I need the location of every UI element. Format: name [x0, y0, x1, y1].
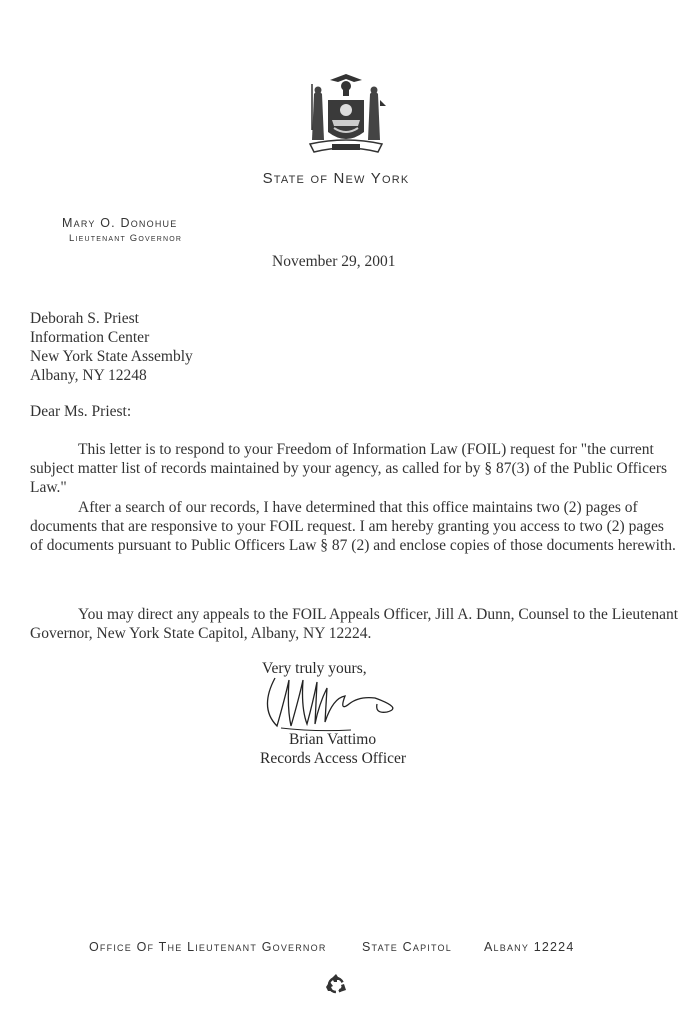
paragraph-foil-request: This letter is to respond to your Freedo… [30, 440, 680, 497]
official-title: Lieutenant Governor [69, 233, 182, 244]
recipient-city: Albany, NY 12248 [30, 366, 193, 385]
letter-date: November 29, 2001 [272, 252, 396, 271]
paragraph-text: You may direct any appeals to the FOIL A… [30, 605, 680, 643]
paragraph-documents: After a search of our records, I have de… [30, 498, 680, 555]
official-name: Mary O. Donohue [62, 216, 177, 230]
recycle-icon [324, 972, 348, 996]
footer-city: Albany 12224 [484, 940, 574, 954]
recipient-name: Deborah S. Priest [30, 309, 193, 328]
recipient-address: Deborah S. Priest Information Center New… [30, 309, 193, 385]
footer-building: State Capitol [362, 940, 452, 954]
salutation: Dear Ms. Priest: [30, 402, 131, 421]
state-title: State of New York [0, 170, 672, 187]
state-seal-icon [300, 70, 392, 162]
recipient-department: Information Center [30, 328, 193, 347]
footer-office: Office Of The Lieutenant Governor [89, 940, 327, 954]
signer-title: Records Access Officer [260, 750, 406, 768]
signer-name: Brian Vattimo [289, 731, 376, 749]
signature-icon [255, 668, 415, 736]
paragraph-appeals: You may direct any appeals to the FOIL A… [30, 605, 680, 643]
recipient-organization: New York State Assembly [30, 347, 193, 366]
paragraph-text: This letter is to respond to your Freedo… [30, 440, 680, 497]
paragraph-text: After a search of our records, I have de… [30, 498, 680, 555]
